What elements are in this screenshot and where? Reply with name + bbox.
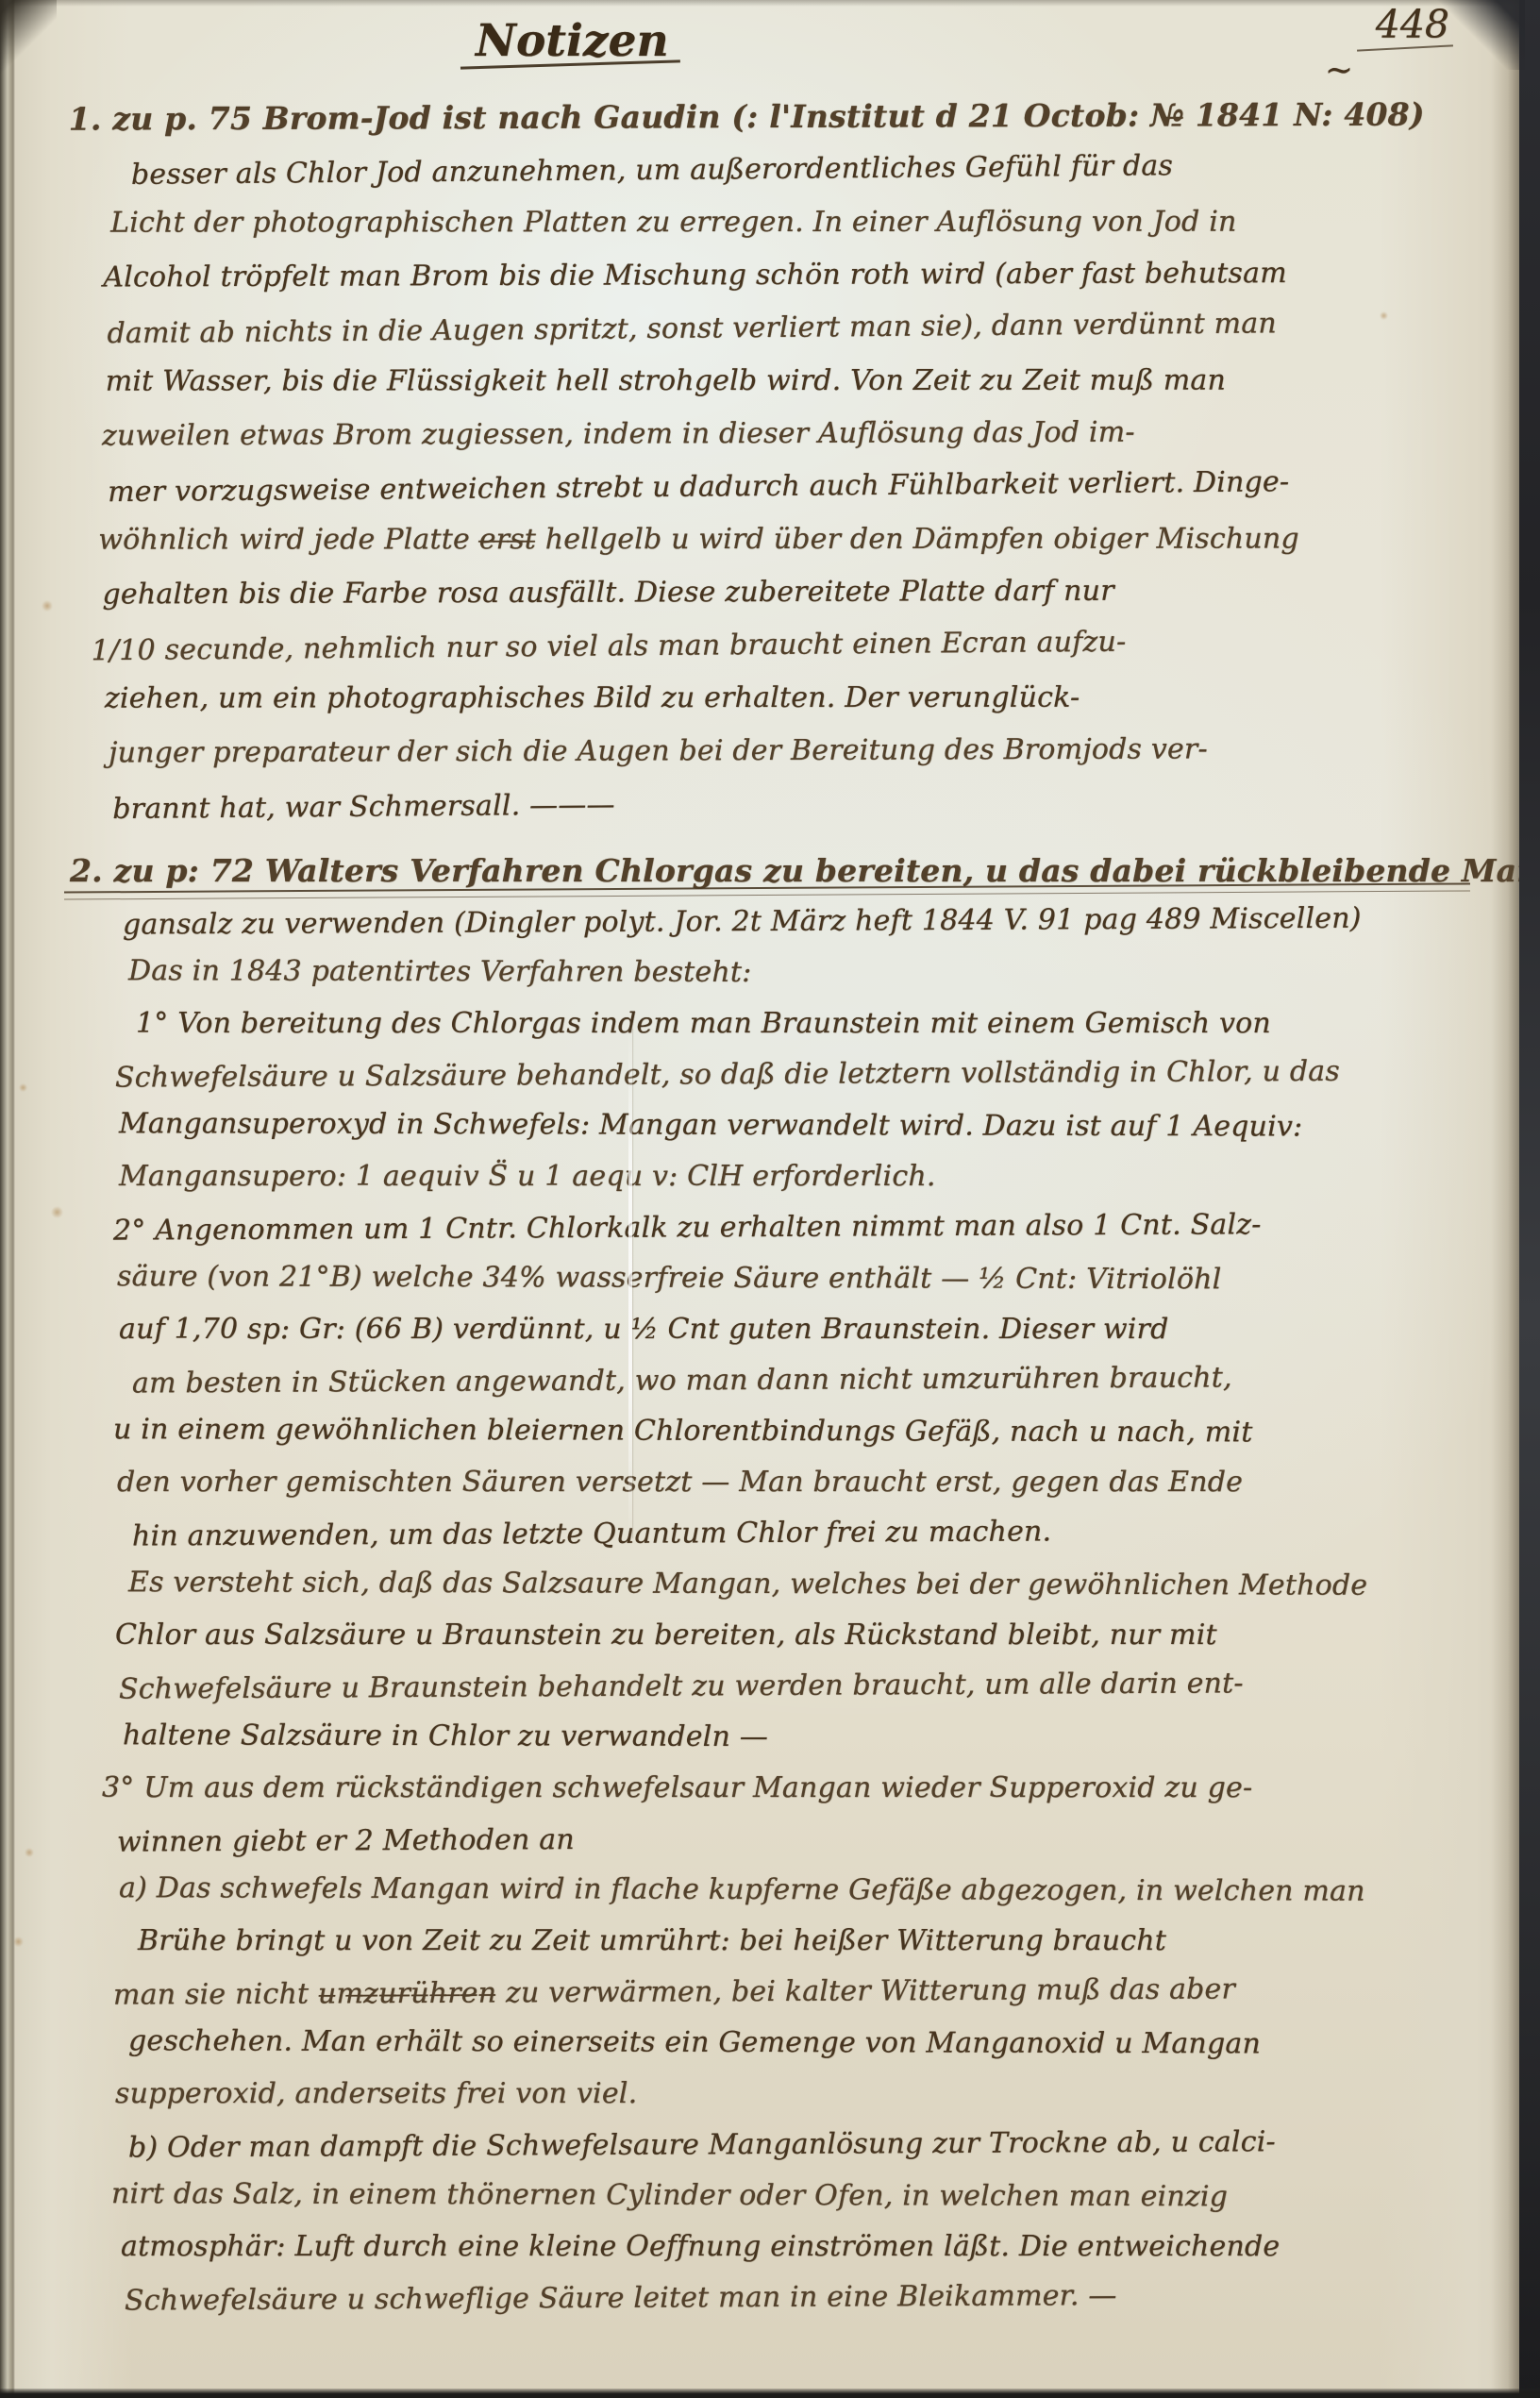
- corner-shadow-top-right: [1434, 0, 1525, 70]
- text-line: mer vorzugsweise entweichen strebt u dad…: [70, 455, 1461, 520]
- text-line: damit ab nichts in die Augen spritzt, so…: [69, 296, 1460, 361]
- text-line: 1. zu p. 75 Brom-Jod ist nach Gaudin (: …: [69, 88, 1460, 145]
- text-line: haltene Salzsäure in Chlor zu verwandeln…: [70, 1710, 1461, 1765]
- text-line: Schwefelsäure u Salzsäure behandelt, so …: [70, 1046, 1461, 1104]
- text-line: junger preparateur der sich die Augen be…: [71, 722, 1462, 780]
- text-line: Schwefelsäure u schweflige Säure leitet …: [70, 2269, 1461, 2327]
- notes-entry-2: 2. zu p: 72 Walters Verfahren Chlorgas z…: [70, 846, 1461, 2323]
- top-edge-shadow: [0, 0, 1519, 7]
- text-line: am besten in Stücken angewandt, wo man d…: [70, 1351, 1461, 1410]
- fox-spot: [51, 1206, 63, 1218]
- text-line: a) Das schwefels Mangan wird in flache k…: [70, 1863, 1461, 1918]
- text-line: brannt hat, war Schmersall. ———: [71, 772, 1462, 837]
- text-line: Alcohol tröpfelt man Brom bis die Mischu…: [69, 246, 1460, 304]
- text-line: zuweilen etwas Brom zugiessen, indem in …: [70, 405, 1461, 462]
- text-line: 1° Von bereitung des Chlorgas indem man …: [70, 998, 1461, 1049]
- fox-spot: [1380, 311, 1388, 320]
- page-edge-right-shade: [1491, 0, 1519, 2398]
- text-line: wöhnlich wird jede Platte e̶r̶s̶t̶ hellg…: [70, 512, 1461, 566]
- fox-spot: [19, 1083, 27, 1092]
- manuscript-page: 448 ~ Notizen 1. zu p. 75 Brom-Jod ist n…: [0, 0, 1540, 2398]
- text-line: Chlor aus Salzsäure u Braunstein zu bere…: [70, 1610, 1461, 1661]
- tilde-mark: ~: [1325, 51, 1353, 90]
- text-line: Mangansuperoxyd in Schwefels: Mangan ver…: [70, 1098, 1461, 1153]
- text-line: nirt das Salz, in einem thönernen Cylind…: [70, 2169, 1461, 2223]
- fox-spot: [42, 600, 53, 612]
- text-line: auf 1,70 sp: Gr: (66 B) verdünnt, u ½ Cn…: [70, 1304, 1461, 1355]
- page-title: Notizen: [476, 15, 669, 67]
- text-line: hin anzuwenden, um das letzte Quantum Ch…: [70, 1504, 1461, 1563]
- text-line: supperoxid, anderseits frei von viel.: [70, 2069, 1461, 2120]
- notes-entry-1: 1. zu p. 75 Brom-Jod ist nach Gaudin (: …: [69, 88, 1463, 832]
- fox-spot: [25, 1848, 34, 1857]
- text-line: Es versteht sich, daß das Salzsaure Mang…: [70, 1557, 1461, 1612]
- text-line: b) Oder man dampft die Schwefelsaure Man…: [70, 2116, 1461, 2174]
- text-line: Brühe bringt u von Zeit zu Zeit umrührt:…: [70, 1916, 1461, 1967]
- text-line: Licht der photographischen Platten zu er…: [69, 195, 1460, 249]
- text-line: 3° Um aus dem rückständigen schwefelsaur…: [70, 1763, 1461, 1814]
- text-line: ziehen, um ein photographisches Bild zu …: [71, 671, 1462, 725]
- text-line: geschehen. Man erhält so einerseits ein …: [70, 2016, 1461, 2071]
- text-line: gansalz zu verwenden (Dingler polyt. Jor…: [70, 893, 1461, 951]
- text-line: atmosphär: Luft durch eine kleine Oeffnu…: [70, 2222, 1461, 2272]
- text-line: mit Wasser, bis die Flüssigkeit hell str…: [70, 354, 1461, 408]
- text-line: gehalten bis die Farbe rosa ausfällt. Di…: [70, 563, 1461, 621]
- corner-shadow-top-left: [0, 0, 57, 81]
- text-line: Mangansupero: 1 aequiv S̈ u 1 aequ v: Cl…: [70, 1151, 1461, 1202]
- binding-edge-left: [0, 0, 15, 2398]
- text-line: 2. zu p: 72 Walters Verfahren Chlorgas z…: [70, 846, 1461, 897]
- page-edge-bottom: [0, 2389, 1540, 2398]
- paper-crease: [628, 1029, 632, 1538]
- text-line: Schwefelsäure u Braunstein behandelt zu …: [70, 1657, 1461, 1716]
- text-line: u in einem gewöhnlichen bleiernen Chlore…: [70, 1404, 1461, 1459]
- text-line: man sie nicht u̶m̶z̶u̶r̶ü̶h̶r̶e̶n̶ zu ve…: [70, 1963, 1461, 2021]
- page-edge-right: [1519, 0, 1540, 2398]
- text-line: 1/10 secunde, nehmlich nur so viel als m…: [70, 613, 1461, 679]
- text-line: den vorher gemischten Säuren versetzt — …: [70, 1457, 1461, 1508]
- text-line: Das in 1843 patentirtes Verfahren besteh…: [70, 946, 1461, 1000]
- text-line: besser als Chlor Jod anzunehmen, um auße…: [69, 138, 1460, 203]
- text-line: winnen giebt er 2 Methoden an: [70, 1810, 1461, 1869]
- text-line: säure (von 21°B) welche 34% wasserfreie …: [70, 1251, 1461, 1306]
- text-line: 2° Angenommen um 1 Cntr. Chlorkalk zu er…: [70, 1199, 1461, 1257]
